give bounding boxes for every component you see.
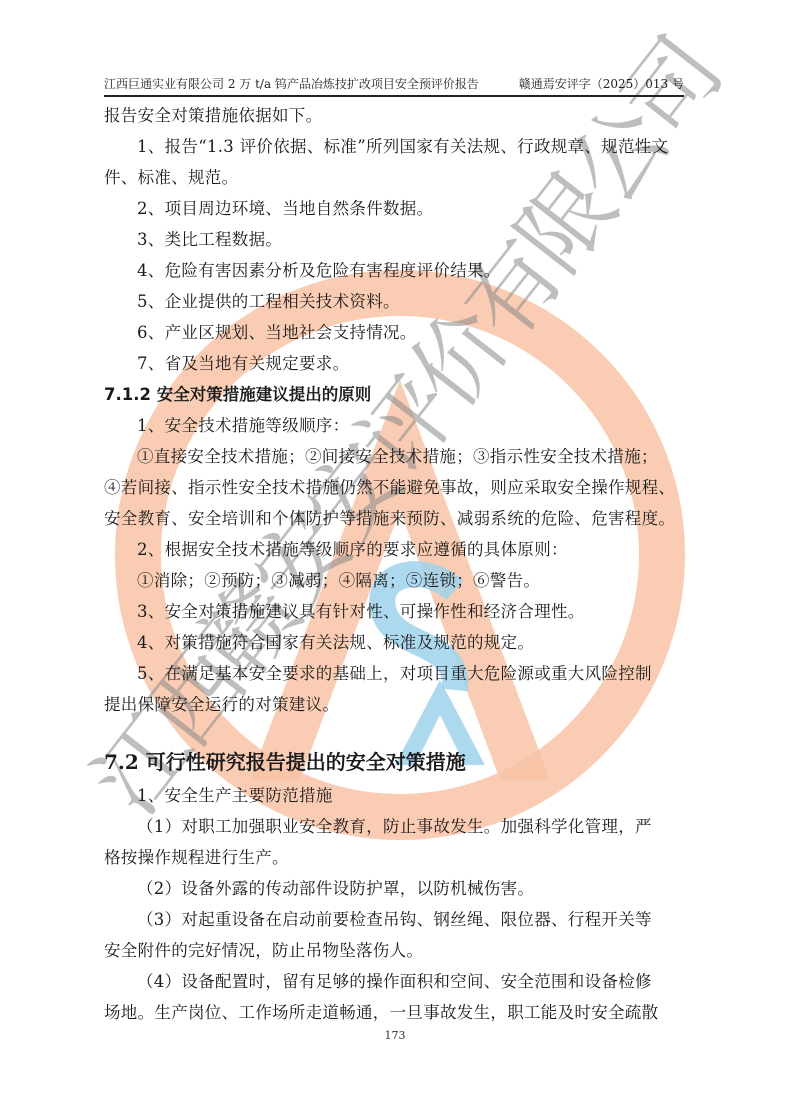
section-heading-7-1-2: 7.1.2 安全对策措施建议提出的原则	[104, 379, 704, 410]
paragraph-line: （3）对起重设备在启动前要检查吊钩、钢丝绳、限位器、行程开关等	[104, 904, 704, 935]
document-body: 报告安全对策措施依据如下。1、报告“1.3 评价依据、标准”所列国家有关法规、行…	[104, 100, 704, 1028]
paragraph-line: 1、报告“1.3 评价依据、标准”所列国家有关法规、行政规章、规范性文	[104, 131, 704, 162]
header-title: 江西巨通实业有限公司 2 万 t/a 钨产品冶炼技扩改项目安全预评价报告	[104, 75, 479, 92]
page-header: 江西巨通实业有限公司 2 万 t/a 钨产品冶炼技扩改项目安全预评价报告 赣通焉…	[104, 70, 684, 92]
paragraph-line: 安全附件的完好情况，防止吊物坠落伤人。	[104, 935, 704, 966]
paragraph-line: 场地。生产岗位、工作场所走道畅通，一旦事故发生，职工能及时安全疏散	[104, 997, 704, 1028]
header-divider	[104, 95, 684, 97]
paragraph-line: 1、安全生产主要防范措施	[104, 780, 704, 811]
principles-list: 1、安全技术措施等级顺序：①直接安全技术措施；②间接安全技术措施；③指示性安全技…	[104, 410, 704, 720]
paragraph-line: ④若间接、指示性安全技术措施仍然不能避免事故，则应采取安全操作规程、	[104, 472, 704, 503]
paragraph-line: 1、安全技术措施等级顺序：	[104, 410, 704, 441]
page-number: 173	[0, 1029, 790, 1042]
paragraph-line: 提出保障安全运行的对策建议。	[104, 689, 704, 720]
paragraph-line: （2）设备外露的传动部件设防护罩，以防机械伤害。	[104, 873, 704, 904]
paragraph-line: 5、企业提供的工程相关技术资料。	[104, 286, 704, 317]
paragraph-line: 2、项目周边环境、当地自然条件数据。	[104, 193, 704, 224]
paragraph-line: （1）对职工加强职业安全教育，防止事故发生。加强科学化管理，严	[104, 811, 704, 842]
paragraph-line: 2、根据安全技术措施等级顺序的要求应遵循的具体原则：	[104, 534, 704, 565]
evaluation-basis-list: 报告安全对策措施依据如下。1、报告“1.3 评价依据、标准”所列国家有关法规、行…	[104, 100, 704, 379]
paragraph-line: （4）设备配置时，留有足够的操作面积和空间、安全范围和设备检修	[104, 966, 704, 997]
paragraph-line: 报告安全对策措施依据如下。	[104, 100, 704, 131]
paragraph-line: 3、类比工程数据。	[104, 224, 704, 255]
section-heading-7-2: 7.2 可行性研究报告提出的安全对策措施	[104, 734, 704, 780]
paragraph-line: 4、对策措施符合国家有关法规、标准及规范的规定。	[104, 627, 704, 658]
paragraph-line: 格按操作规程进行生产。	[104, 842, 704, 873]
paragraph-line: 5、在满足基本安全要求的基础上，对项目重大危险源或重大风险控制	[104, 658, 704, 689]
feasibility-measures-list: 1、安全生产主要防范措施（1）对职工加强职业安全教育，防止事故发生。加强科学化管…	[104, 780, 704, 1028]
paragraph-line: ①消除；②预防；③减弱；④隔离；⑤连锁；⑥警告。	[104, 565, 704, 596]
paragraph-line: 安全教育、安全培训和个体防护等措施来预防、减弱系统的危险、危害程度。	[104, 503, 704, 534]
document-page: 江西赣安安评价有限公司 江西巨通实业有限公司 2 万 t/a 钨产品冶炼技扩改项…	[0, 0, 790, 1117]
paragraph-line: 7、省及当地有关规定要求。	[104, 348, 704, 379]
paragraph-line: ①直接安全技术措施；②间接安全技术措施；③指示性安全技术措施；	[104, 441, 704, 472]
paragraph-line: 3、安全对策措施建议具有针对性、可操作性和经济合理性。	[104, 596, 704, 627]
paragraph-line: 6、产业区规划、当地社会支持情况。	[104, 317, 704, 348]
paragraph-line: 件、标准、规范。	[104, 162, 704, 193]
header-doc-number: 赣通焉安评字（2025）013 号	[519, 75, 684, 92]
paragraph-line: 4、危险有害因素分析及危险有害程度评价结果。	[104, 255, 704, 286]
